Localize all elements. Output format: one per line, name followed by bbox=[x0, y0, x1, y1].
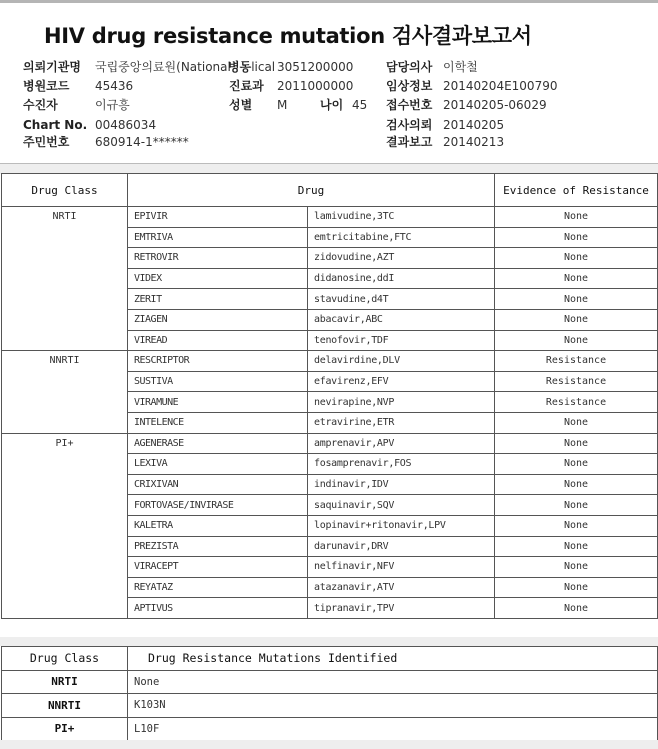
drug-class-cell: NNRTI bbox=[2, 351, 128, 433]
doctor-value-wrap: 이학철 bbox=[443, 60, 478, 74]
sex-field: 성별 bbox=[229, 98, 252, 112]
resistance-header-row: Drug Class Drug Evidence of Resistance bbox=[2, 174, 658, 207]
evidence-cell: None bbox=[495, 248, 658, 269]
evidence-cell: None bbox=[495, 268, 658, 289]
drug-brand-cell: EMTRIVA bbox=[128, 227, 308, 248]
evidence-cell: None bbox=[495, 412, 658, 433]
evidence-cell: None bbox=[495, 207, 658, 228]
evidence-cell: None bbox=[495, 536, 658, 557]
sex-value-wrap: M bbox=[277, 98, 287, 112]
result-report-value-wrap: 20140213 bbox=[443, 135, 504, 149]
drug-brand-cell: SUSTIVA bbox=[128, 371, 308, 392]
mutation-header-row: Drug Class Drug Resistance Mutations Ide… bbox=[2, 647, 658, 671]
evidence-cell: Resistance bbox=[495, 392, 658, 413]
drug-generic-cell: atazanavir,ATV bbox=[308, 577, 495, 598]
evidence-cell: None bbox=[495, 330, 658, 351]
evidence-cell: None bbox=[495, 577, 658, 598]
drug-brand-cell: ZIAGEN bbox=[128, 309, 308, 330]
header-drug-class: Drug Class bbox=[2, 174, 128, 207]
mutation-header-class: Drug Class bbox=[2, 647, 128, 671]
receipt-value-wrap: 20140205-06029 bbox=[443, 98, 547, 112]
resident-value: 680914-1****** bbox=[95, 135, 189, 149]
department-value: 2011000000 bbox=[277, 79, 353, 93]
drug-generic-cell: etravirine,ETR bbox=[308, 412, 495, 433]
resistance-table: Drug Class Drug Evidence of Resistance N… bbox=[1, 173, 658, 619]
receipt-value: 20140205-06029 bbox=[443, 98, 547, 112]
drug-brand-cell: KALETRA bbox=[128, 515, 308, 536]
patient-field: 수진자 bbox=[23, 98, 58, 112]
drug-row: PI+AGENERASEamprenavir,APVNone bbox=[2, 433, 658, 454]
resident-label: 주민번호 bbox=[23, 135, 69, 149]
top-edge bbox=[0, 0, 658, 3]
ward-label: 병동 bbox=[228, 60, 251, 74]
drug-generic-cell: darunavir,DRV bbox=[308, 536, 495, 557]
department-value-wrap: 2011000000 bbox=[277, 79, 353, 93]
drug-generic-cell: saquinavir,SQV bbox=[308, 495, 495, 516]
drug-brand-cell: VIRAMUNE bbox=[128, 392, 308, 413]
clinical-info-field: 임상정보 bbox=[386, 79, 432, 93]
drug-generic-cell: lopinavir+ritonavir,LPV bbox=[308, 515, 495, 536]
header-evidence: Evidence of Resistance bbox=[495, 174, 658, 207]
mutation-table: Drug Class Drug Resistance Mutations Ide… bbox=[1, 646, 658, 741]
evidence-cell: None bbox=[495, 495, 658, 516]
age-label: 나이 bbox=[320, 98, 343, 112]
mutation-value: L10F bbox=[128, 717, 658, 741]
mutation-row: NRTI None bbox=[2, 670, 658, 694]
evidence-cell: None bbox=[495, 474, 658, 495]
drug-generic-cell: lamivudine,3TC bbox=[308, 207, 495, 228]
evidence-cell: None bbox=[495, 598, 658, 619]
mutation-class: NNRTI bbox=[2, 694, 128, 718]
hospital-code-value: 45436 bbox=[95, 79, 133, 93]
evidence-cell: Resistance bbox=[495, 371, 658, 392]
drug-brand-cell: REYATAZ bbox=[128, 577, 308, 598]
bottom-band bbox=[0, 740, 658, 749]
drug-brand-cell: EPIVIR bbox=[128, 207, 308, 228]
patient-label: 수진자 bbox=[23, 98, 58, 112]
patient-value-wrap: 이규흥 bbox=[95, 98, 130, 112]
result-report-field: 결과보고 bbox=[386, 135, 432, 149]
drug-brand-cell: VIREAD bbox=[128, 330, 308, 351]
mutation-class: NRTI bbox=[2, 670, 128, 694]
result-report-value: 20140213 bbox=[443, 135, 504, 149]
doctor-field: 담당의사 bbox=[386, 60, 432, 74]
department-label: 진료과 bbox=[229, 79, 264, 93]
drug-brand-cell: APTIVUS bbox=[128, 598, 308, 619]
clinical-info-value-wrap: 20140204E100790 bbox=[443, 79, 557, 93]
drug-brand-cell: VIDEX bbox=[128, 268, 308, 289]
ward-field: 병동lical bbox=[228, 60, 275, 74]
drug-brand-cell: LEXIVA bbox=[128, 454, 308, 475]
mutation-row: PI+ L10F bbox=[2, 717, 658, 741]
drug-brand-cell: AGENERASE bbox=[128, 433, 308, 454]
drug-brand-cell: FORTOVASE/INVIRASE bbox=[128, 495, 308, 516]
evidence-cell: None bbox=[495, 557, 658, 578]
report-title: HIV drug resistance mutation 검사결과보고서 bbox=[44, 20, 532, 50]
hospital-code-value-wrap: 45436 bbox=[95, 79, 133, 93]
header-drug: Drug bbox=[128, 174, 495, 207]
chart-label: Chart No. bbox=[23, 118, 87, 132]
ward-value-wrap: 3051200000 bbox=[277, 60, 353, 74]
chart-value-wrap: 00486034 bbox=[95, 118, 156, 132]
evidence-cell: None bbox=[495, 515, 658, 536]
drug-generic-cell: nelfinavir,NFV bbox=[308, 557, 495, 578]
drug-generic-cell: stavudine,d4T bbox=[308, 289, 495, 310]
sex-value: M bbox=[277, 98, 287, 112]
drug-generic-cell: didanosine,ddI bbox=[308, 268, 495, 289]
drug-generic-cell: tenofovir,TDF bbox=[308, 330, 495, 351]
mutation-value: K103N bbox=[128, 694, 658, 718]
drug-brand-cell: CRIXIVAN bbox=[128, 474, 308, 495]
evidence-cell: None bbox=[495, 433, 658, 454]
result-report-label: 결과보고 bbox=[386, 135, 432, 149]
drug-row: NNRTIRESCRIPTORdelavirdine,DLVResistance bbox=[2, 351, 658, 372]
drug-generic-cell: amprenavir,APV bbox=[308, 433, 495, 454]
test-request-value: 20140205 bbox=[443, 118, 504, 132]
drug-brand-cell: VIRACEPT bbox=[128, 557, 308, 578]
institution-value: 국립중앙의료원(National bbox=[95, 60, 231, 74]
ward-value: 3051200000 bbox=[277, 60, 353, 74]
chart-value: 00486034 bbox=[95, 118, 156, 132]
drug-class-cell: NRTI bbox=[2, 207, 128, 351]
test-request-label: 검사의뢰 bbox=[386, 118, 432, 132]
mutation-value: None bbox=[128, 670, 658, 694]
resident-value-wrap: 680914-1****** bbox=[95, 135, 189, 149]
mutation-class: PI+ bbox=[2, 717, 128, 741]
drug-generic-cell: fosamprenavir,FOS bbox=[308, 454, 495, 475]
drug-generic-cell: emtricitabine,FTC bbox=[308, 227, 495, 248]
hospital-code-label: 병원코드 bbox=[23, 79, 69, 93]
resident-field: 주민번호 bbox=[23, 135, 69, 149]
receipt-label: 접수번호 bbox=[386, 98, 432, 112]
age-value-wrap: 45 bbox=[352, 98, 367, 112]
drug-brand-cell: RETROVIR bbox=[128, 248, 308, 269]
drug-generic-cell: zidovudine,AZT bbox=[308, 248, 495, 269]
patient-value: 이규흥 bbox=[95, 98, 130, 112]
clinical-info-value: 20140204E100790 bbox=[443, 79, 557, 93]
section-divider-2 bbox=[0, 637, 658, 646]
age-field: 나이 bbox=[320, 98, 343, 112]
evidence-cell: None bbox=[495, 454, 658, 475]
evidence-cell: None bbox=[495, 309, 658, 330]
drug-generic-cell: tipranavir,TPV bbox=[308, 598, 495, 619]
test-request-value-wrap: 20140205 bbox=[443, 118, 504, 132]
evidence-cell: Resistance bbox=[495, 351, 658, 372]
institution-label: 의뢰기관명 bbox=[23, 60, 81, 74]
mutation-header-mutations: Drug Resistance Mutations Identified bbox=[128, 647, 658, 671]
drug-generic-cell: delavirdine,DLV bbox=[308, 351, 495, 372]
evidence-cell: None bbox=[495, 289, 658, 310]
mutation-row: NNRTI K103N bbox=[2, 694, 658, 718]
ward-overlap-text: lical bbox=[251, 60, 275, 74]
doctor-value: 이학철 bbox=[443, 60, 478, 74]
drug-generic-cell: abacavir,ABC bbox=[308, 309, 495, 330]
drug-row: NRTIEPIVIRlamivudine,3TCNone bbox=[2, 207, 658, 228]
receipt-field: 접수번호 bbox=[386, 98, 432, 112]
drug-brand-cell: INTELENCE bbox=[128, 412, 308, 433]
evidence-cell: None bbox=[495, 227, 658, 248]
drug-generic-cell: indinavir,IDV bbox=[308, 474, 495, 495]
institution-field: 의뢰기관명 bbox=[23, 60, 81, 74]
institution-value-wrap: 국립중앙의료원(National bbox=[95, 60, 231, 74]
age-value: 45 bbox=[352, 98, 367, 112]
hospital-code-field: 병원코드 bbox=[23, 79, 69, 93]
drug-class-cell: PI+ bbox=[2, 433, 128, 618]
drug-generic-cell: efavirenz,EFV bbox=[308, 371, 495, 392]
sex-label: 성별 bbox=[229, 98, 252, 112]
drug-brand-cell: PREZISTA bbox=[128, 536, 308, 557]
drug-brand-cell: ZERIT bbox=[128, 289, 308, 310]
drug-brand-cell: RESCRIPTOR bbox=[128, 351, 308, 372]
drug-generic-cell: nevirapine,NVP bbox=[308, 392, 495, 413]
chart-field: Chart No. bbox=[23, 118, 87, 132]
test-request-field: 검사의뢰 bbox=[386, 118, 432, 132]
doctor-label: 담당의사 bbox=[386, 60, 432, 74]
clinical-info-label: 임상정보 bbox=[386, 79, 432, 93]
department-field: 진료과 bbox=[229, 79, 264, 93]
